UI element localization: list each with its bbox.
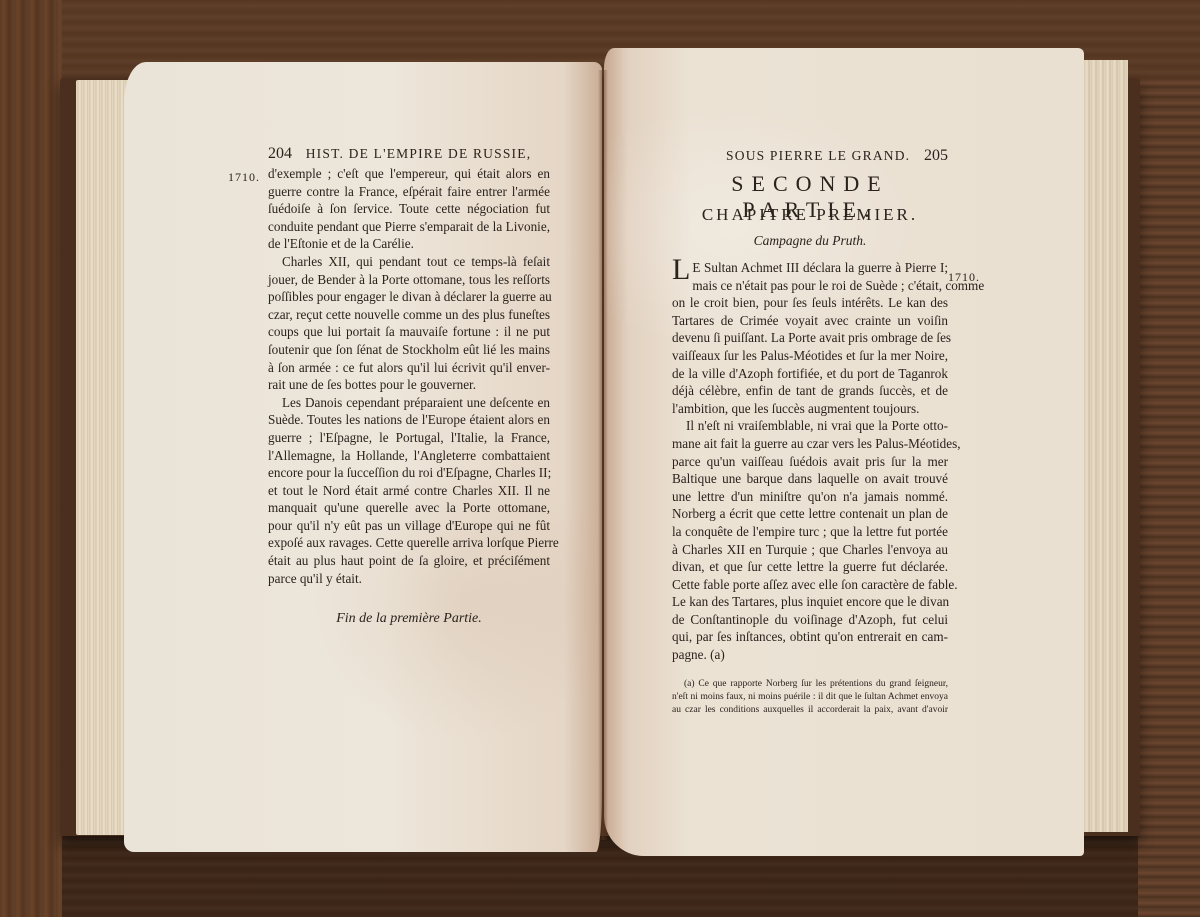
right-head-title: SOUS PIERRE LE GRAND.: [726, 148, 910, 163]
text-line: on le croit bien, pour ſes ſeuls intérêt…: [672, 294, 948, 312]
text-line: Tartares de Crimée voyait avec crainte u…: [672, 312, 948, 330]
text-line: une lettre d'un miniſtre qu'on n'a jamai…: [672, 488, 948, 506]
text-line: à ſon armée : ce fut alors qu'il lui écr…: [268, 359, 550, 377]
text-line: vaiſſeaux ſur les Palus-Méotides et ſur …: [672, 347, 948, 365]
text-line: et tout le Nord était armé contre Charle…: [268, 482, 550, 500]
text-line: parce qu'il y était.: [268, 570, 550, 588]
left-head-title: HIST. DE L'EMPIRE DE RUSSIE,: [306, 146, 532, 161]
text-line: expoſé aux ravages. Cette querelle arriv…: [268, 534, 550, 552]
wooden-table-left: [0, 0, 62, 917]
left-running-head: 204 HIST. DE L'EMPIRE DE RUSSIE,: [268, 145, 550, 165]
text-line: l'Allemagne, la Hollande, l'Angleterre c…: [268, 447, 550, 465]
left-margin-year: 1710.: [228, 170, 260, 185]
first-line: LE Sultan Achmet III déclara la guerre à…: [672, 259, 948, 277]
text-line: jouer, de Bender à la Porte ottomane, to…: [268, 271, 550, 289]
text-line: pagne. (a): [672, 646, 948, 664]
drop-cap: L: [672, 259, 690, 281]
text-line: Le kan des Tartares, plus inquiet encore…: [672, 593, 948, 611]
text-line: déjà célèbre, enfin de tant de grands ſu…: [672, 382, 948, 400]
part-title: SECONDE PARTIE.: [672, 171, 948, 205]
right-margin-year: 1710.: [948, 270, 980, 285]
right-page-number: 205: [924, 147, 948, 164]
text-line: Cette fable porte aſſez avec elle ſon ca…: [672, 576, 948, 594]
text-line: mane ait fait la guerre au czar vers les…: [672, 435, 948, 453]
chapter-title: CHAPITRE PREMIER.: [672, 205, 948, 233]
text-line: était au plus haut point de ſa gloire, e…: [268, 552, 550, 570]
right-running-head: SOUS PIERRE LE GRAND. 205: [672, 147, 948, 167]
text-line: mais ce n'était pas pour le roi de Suède…: [672, 277, 948, 295]
text-line: Norberg a écrit que cette lettre contena…: [672, 505, 948, 523]
wooden-table-right: [1138, 80, 1200, 917]
text-line: Suède. Toutes les nations de l'Europe ét…: [268, 411, 550, 429]
text-line: parce qu'un vaiſſeau ſuédois avait pris …: [672, 453, 948, 471]
left-page-text: 204 HIST. DE L'EMPIRE DE RUSSIE, d'exemp…: [268, 145, 550, 627]
text-line: rait une de ſes bottes pour le gouverner…: [268, 376, 550, 394]
text-line: ſuédoiſe à ſon ſervice. Toute cette négo…: [268, 200, 550, 218]
text-line: guerre contre la France, eſpérait faire …: [268, 183, 550, 201]
end-of-part-note: Fin de la première Partie.: [268, 611, 550, 627]
text-line: manquait qu'une querelle avec la Porte o…: [268, 499, 550, 517]
left-paragraph-3: Les Danois cependant préparaient une deſ…: [268, 394, 550, 588]
text-line: la conquête de l'empire turc ; que la le…: [672, 523, 948, 541]
text-line: poſſibles pour engager le divan à déclar…: [268, 288, 550, 306]
right-paragraph-2: Il n'eſt ni vraiſemblable, ni vrai que l…: [672, 417, 948, 663]
chapter-subtitle: Campagne du Pruth.: [672, 233, 948, 259]
text-line: E Sultan Achmet III déclara la guerre à …: [692, 260, 948, 275]
text-line: d'exemple ; c'eſt que l'empereur, qui ét…: [268, 165, 550, 183]
text-line: de la ville d'Azoph fortifiée, et du por…: [672, 365, 948, 383]
text-line: pour qu'il n'y eût pas un village d'Euro…: [268, 517, 550, 535]
book-gutter: [598, 70, 608, 840]
text-line: de Conſtantinople du voiſinage d'Azoph, …: [672, 611, 948, 629]
text-line: devenu ſi puiſſant. La Porte avait pris …: [672, 329, 948, 347]
text-line: Il n'eſt ni vraiſemblable, ni vrai que l…: [672, 417, 948, 435]
text-line: l'ambition, que les ſuccès augmentent to…: [672, 400, 948, 418]
footnote-line: (a) Ce que rapporte Norberg ſur les prét…: [672, 678, 948, 691]
text-line: ſoutenir que ſon ſénat de Stockholm eût …: [268, 341, 550, 359]
left-page-number: 204: [268, 145, 292, 162]
text-line: coups que lui portait ſa mauvaiſe fortun…: [268, 323, 550, 341]
text-line: Les Danois cependant préparaient une deſ…: [268, 394, 550, 412]
text-line: czar, reçut cette nouvelle comme un des …: [268, 306, 550, 324]
text-line: encore pour la ſucceſſion du roi d'Eſpag…: [268, 464, 550, 482]
text-line: Baltique une barque dans laquelle on ava…: [672, 470, 948, 488]
left-paragraph-1: d'exemple ; c'eſt que l'empereur, qui ét…: [268, 165, 550, 253]
text-line: de l'Eſtonie et de la Carélie.: [268, 235, 550, 253]
right-page-text: SOUS PIERRE LE GRAND. 205 SECONDE PARTIE…: [672, 147, 948, 717]
text-line: conduite pendant que Pierre s'emparait d…: [268, 218, 550, 236]
text-line: à Charles XII en Turquie ; que Charles l…: [672, 541, 948, 559]
footnote: (a) Ce que rapporte Norberg ſur les prét…: [672, 678, 948, 717]
text-line: qui, par ſes inſtances, obtint qu'on ent…: [672, 628, 948, 646]
text-line: Charles XII, qui pendant tout ce temps-l…: [268, 253, 550, 271]
left-paragraph-2: Charles XII, qui pendant tout ce temps-l…: [268, 253, 550, 394]
text-line: divan, et que ſur cette lettre la guerre…: [672, 558, 948, 576]
footnote-line: au czar les conditions auxquelles il acc…: [672, 704, 948, 717]
right-paragraph-1: LE Sultan Achmet III déclara la guerre à…: [672, 259, 948, 417]
footnote-line: n'eſt ni moins faux, ni moins puérile : …: [672, 691, 948, 704]
text-line: guerre ; l'Eſpagne, le Portugal, l'Itali…: [268, 429, 550, 447]
